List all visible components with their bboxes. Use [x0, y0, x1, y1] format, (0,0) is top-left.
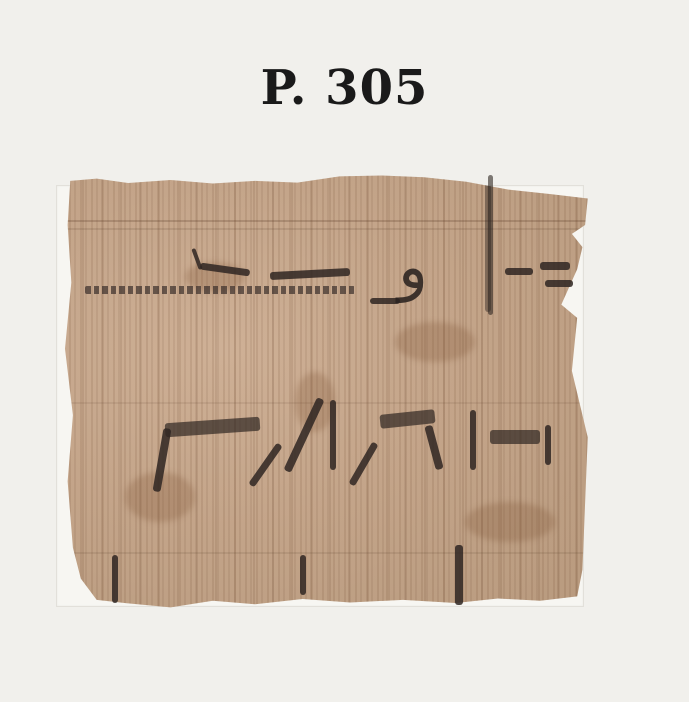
inscription-line-1-glyph: و	[398, 236, 428, 298]
ink-trace-line	[85, 286, 355, 294]
stain	[395, 322, 475, 362]
ink-stroke	[112, 555, 118, 603]
ink-stroke	[330, 400, 336, 470]
ink-stroke	[505, 268, 533, 275]
ink-stroke	[455, 545, 463, 605]
ink-stroke	[488, 175, 493, 315]
ink-stroke	[300, 555, 306, 595]
ink-stroke	[545, 280, 573, 287]
papyrus-label: P. 305	[0, 58, 689, 118]
ink-stroke	[490, 430, 540, 444]
photograph: P. 305 و	[0, 0, 689, 702]
papyrus-fragment	[65, 172, 593, 614]
ink-stroke	[470, 410, 476, 470]
stain	[465, 502, 555, 542]
horizontal-fiber	[65, 228, 593, 230]
horizontal-fiber	[65, 220, 593, 222]
horizontal-fiber	[65, 552, 593, 554]
ink-stroke	[540, 262, 570, 270]
ink-stroke	[370, 298, 400, 304]
ink-stroke	[545, 425, 551, 465]
